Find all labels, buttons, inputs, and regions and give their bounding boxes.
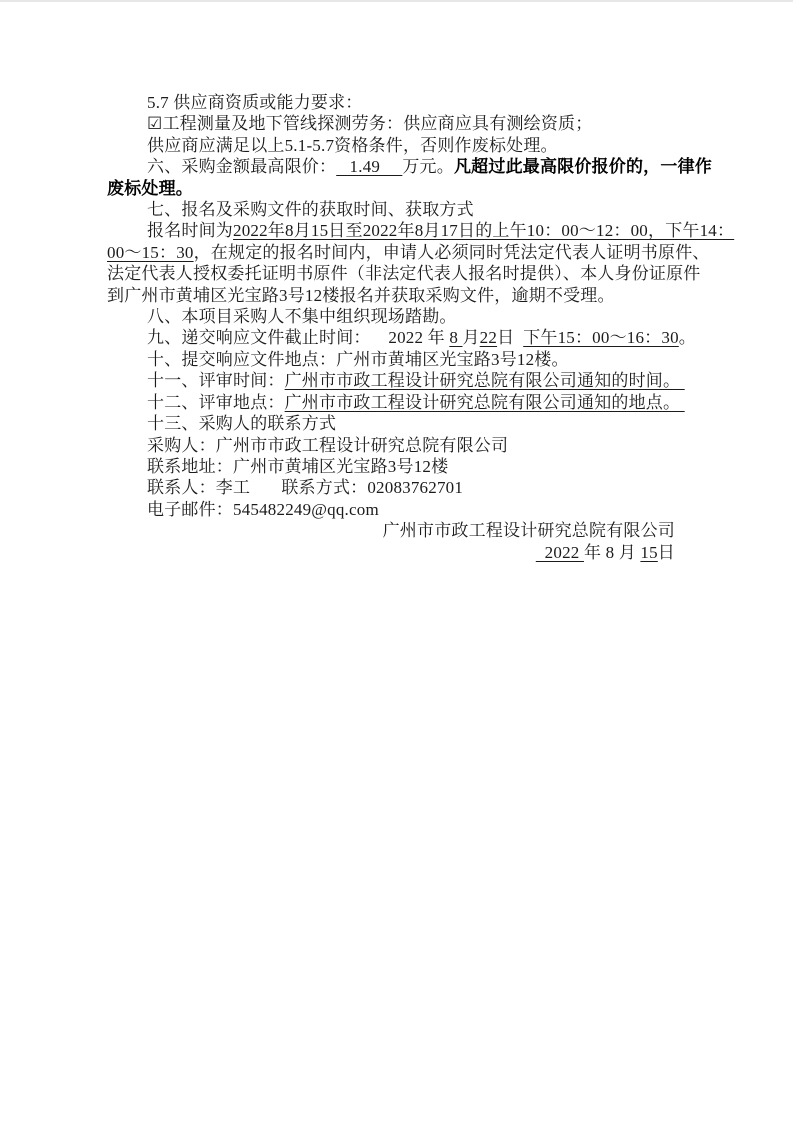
text-line: 六、采购金额最高限价： 1.49 万元。凡超过此最高限价报价的，一律作: [107, 156, 687, 177]
text-run: 年 8 月: [584, 543, 640, 562]
text-line: 供应商应满足以上5.1-5.7资格条件，否则作废标处理。: [107, 135, 687, 156]
text-line: 十二、评审地点：广州市市政工程设计研究总院有限公司通知的地点。: [107, 392, 687, 413]
text-run: 2022: [536, 543, 584, 562]
text-run: 电子邮件：545482249@qq.com: [147, 500, 379, 519]
text-run: 5.7 供应商资质或能力要求：: [147, 93, 363, 112]
text-run: 法定代表人授权委托证明书原件（非法定代表人报名时提供）、本人身份证原件: [107, 264, 701, 283]
text-line: 联系人：李工 联系方式：02083762701: [107, 477, 687, 498]
text-run: 下午15：00～16：30: [523, 328, 679, 347]
checkbox-checked-icon: ☑: [147, 114, 162, 133]
text-line: 九、递交响应文件截止时间： 2022 年 8 月22日 下午15：00～16：3…: [107, 327, 687, 348]
text-line: 采购人：广州市市政工程设计研究总院有限公司: [107, 435, 687, 456]
text-run: 十二、评审地点：: [147, 393, 285, 412]
text-run: 15: [640, 543, 657, 562]
text-run: 2022年8月15日至2022年8月17日的上午10：00～12：00，下午14…: [233, 221, 734, 240]
scan-top-edge: [0, 0, 793, 2]
text-run: 十一、评审时间：: [147, 371, 285, 390]
text-line: 法定代表人授权委托证明书原件（非法定代表人报名时提供）、本人身份证原件: [107, 263, 687, 284]
text-run: 。: [679, 328, 696, 347]
text-run: 广州市市政工程设计研究总院有限公司通知的地点。: [285, 393, 685, 412]
text-run: 废标处理。: [107, 179, 193, 198]
text-run: 广州市市政工程设计研究总院有限公司: [383, 521, 675, 540]
text-run: 采购人：广州市市政工程设计研究总院有限公司: [147, 436, 508, 455]
text-run: 七、报名及采购文件的获取时间、获取方式: [147, 200, 474, 219]
text-line: ☑工程测量及地下管线探测劳务：供应商应具有测绘资质；: [107, 113, 687, 134]
document-page: 5.7 供应商资质或能力要求：☑工程测量及地下管线探测劳务：供应商应具有测绘资质…: [0, 0, 793, 1122]
text-run: 联系地址：广州市黄埔区光宝路3号12楼: [147, 457, 448, 476]
text-line: 十一、评审时间：广州市市政工程设计研究总院有限公司通知的时间。: [107, 370, 687, 391]
text-run: 日: [497, 328, 523, 347]
text-line: 00～15：30，在规定的报名时间内，申请人必须同时凭法定代表人证明书原件、: [107, 242, 687, 263]
text-run: 十、提交响应文件地点：广州市黄埔区光宝路3号12楼。: [147, 350, 569, 369]
signature-company: 广州市市政工程设计研究总院有限公司: [107, 520, 687, 541]
text-line: 废标处理。: [107, 178, 687, 199]
text-run: 九、递交响应文件截止时间： 2022 年: [147, 328, 449, 347]
text-line: 到广州市黄埔区光宝路3号12楼报名并获取采购文件，逾期不受理。: [107, 285, 687, 306]
text-line: 5.7 供应商资质或能力要求：: [107, 92, 687, 113]
text-run: 六、采购金额最高限价：: [147, 157, 336, 176]
text-line: 八、本项目采购人不集中组织现场踏勘。: [107, 306, 687, 327]
text-run: 十三、采购人的联系方式: [147, 414, 336, 433]
text-line: 联系地址：广州市黄埔区光宝路3号12楼: [107, 456, 687, 477]
text-run: 日: [658, 543, 675, 562]
text-run: 00～15：30: [107, 243, 194, 262]
text-run: 供应商应满足以上5.1-5.7资格条件，否则作废标处理。: [147, 136, 558, 155]
text-line: 十、提交响应文件地点：广州市黄埔区光宝路3号12楼。: [107, 349, 687, 370]
text-run: 万元。: [402, 157, 454, 176]
text-run: 8: [449, 328, 462, 347]
text-line: 七、报名及采购文件的获取时间、获取方式: [107, 199, 687, 220]
text-run: 工程测量及地下管线探测劳务：供应商应具有测绘资质；: [162, 114, 592, 133]
text-line: 报名时间为2022年8月15日至2022年8月17日的上午10：00～12：00…: [107, 220, 687, 241]
text-line: 电子邮件：545482249@qq.com: [107, 499, 687, 520]
text-line: 十三、采购人的联系方式: [107, 413, 687, 434]
document-content: 5.7 供应商资质或能力要求：☑工程测量及地下管线探测劳务：供应商应具有测绘资质…: [107, 92, 687, 563]
text-run: ，在规定的报名时间内，申请人必须同时凭法定代表人证明书原件、: [194, 243, 710, 262]
text-run: 报名时间为: [147, 221, 233, 240]
text-run: 22: [480, 328, 497, 347]
text-run: 联系人：李工 联系方式：02083762701: [147, 478, 463, 497]
text-run: 八、本项目采购人不集中组织现场踏勘。: [147, 307, 457, 326]
text-run: 月: [462, 328, 479, 347]
text-run: 广州市市政工程设计研究总院有限公司通知的时间。: [285, 371, 685, 390]
text-run: 到广州市黄埔区光宝路3号12楼报名并获取采购文件，逾期不受理。: [107, 286, 615, 305]
signature-date: 2022 年 8 月 15日: [107, 542, 687, 563]
text-run: 凡超过此最高限价报价的，一律作: [454, 157, 712, 176]
text-run: 1.49: [336, 157, 402, 176]
